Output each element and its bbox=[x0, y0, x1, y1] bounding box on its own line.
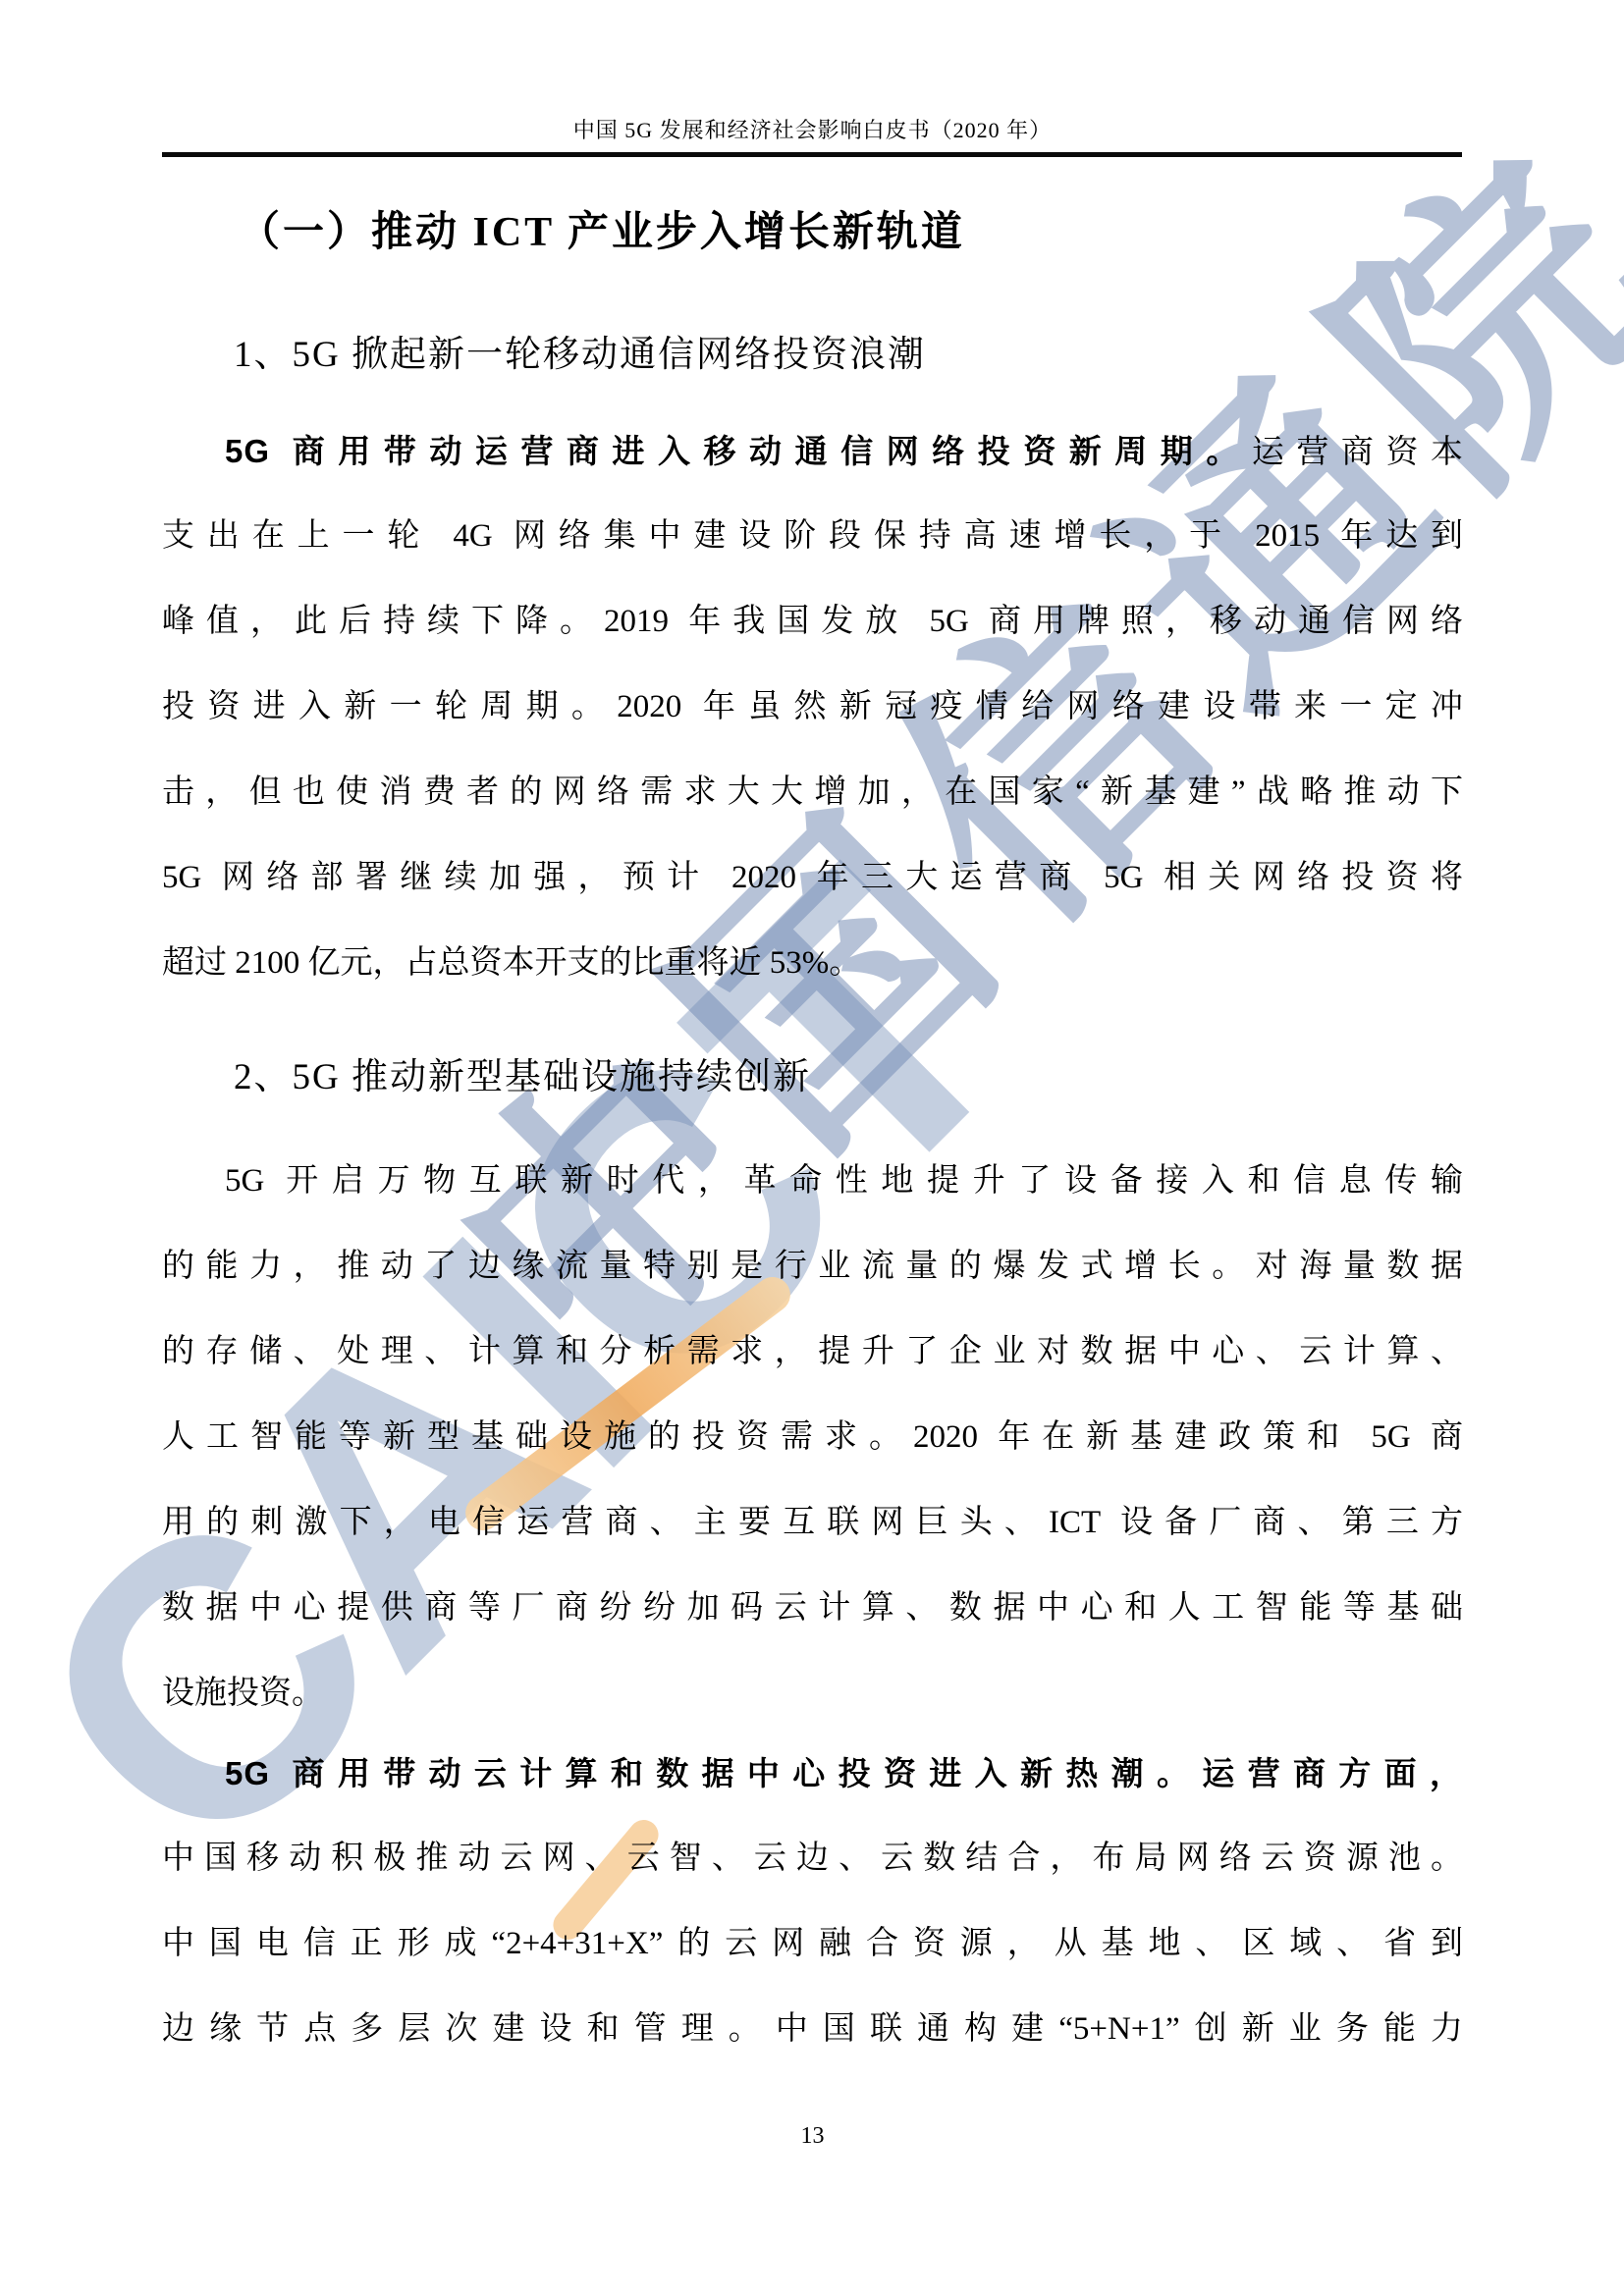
paragraph-line: 中国移动积极推动云网、云智、云边、云数结合，布局网络云资源池。 bbox=[162, 1816, 1463, 1901]
line-text: 运营商资本 bbox=[1252, 435, 1463, 470]
paragraph-line: 5G 开启万物互联新时代，革命性地提升了设备接入和信息传输 bbox=[162, 1139, 1463, 1224]
paragraph-2: 5G 开启万物互联新时代，革命性地提升了设备接入和信息传输 的能力，推动了边缘流… bbox=[162, 1139, 1463, 1736]
paragraph-line: 击，但也使消费者的网络需求大大增加，在国家“新基建”战略推动下 bbox=[162, 750, 1463, 835]
paragraph-line: 投资进入新一轮周期。2020 年虽然新冠疫情给网络建设带来一定冲 bbox=[162, 665, 1463, 750]
page-content: 中国 5G 发展和经济社会影响白皮书（2020 年） （一）推动 ICT 产业步… bbox=[0, 0, 1624, 2296]
paragraph-line: 支出在上一轮 4G 网络集中建设阶段保持高速增长，于 2015 年达到 bbox=[162, 494, 1463, 579]
page-number: 13 bbox=[162, 2120, 1463, 2152]
paragraph-line: 设施投资。 bbox=[162, 1651, 1463, 1736]
paragraph-line: 人工智能等新型基础设施的投资需求。2020 年在新基建政策和 5G 商 bbox=[162, 1395, 1463, 1480]
paragraph-line: 超过 2100 亿元，占总资本开支的比重将近 53%。 bbox=[162, 921, 1463, 1006]
paragraph-line: 用的刺激下，电信运营商、主要互联网巨头、ICT 设备厂商、第三方 bbox=[162, 1480, 1463, 1566]
paragraph-line: 峰值，此后持续下降。2019 年我国发放 5G 商用牌照，移动通信网络 bbox=[162, 579, 1463, 665]
paragraph-line: 边缘节点多层次建设和管理。中国联通构建“5+N+1”创新业务能力 bbox=[162, 1987, 1463, 2072]
subsection-heading-2: 2、5G 推动新型基础设施持续创新 bbox=[234, 1056, 1463, 1099]
paragraph-line: 的能力，推动了边缘流量特别是行业流量的爆发式增长。对海量数据 bbox=[162, 1224, 1463, 1309]
header-rule bbox=[162, 152, 1462, 157]
paragraph-line: 5G 网络部署继续加强，预计 2020 年三大运营商 5G 相关网络投资将 bbox=[162, 835, 1463, 921]
bold-lead-in: 5G 商用带动云计算和数据中心投资进入新热潮。运营商方面， bbox=[225, 1755, 1463, 1791]
paragraph-3: 5G 商用带动云计算和数据中心投资进入新热潮。运营商方面， 中国移动积极推动云网… bbox=[162, 1731, 1463, 2072]
section-heading: （一）推动 ICT 产业步入增长新轨道 bbox=[239, 208, 1463, 257]
document-page: 中国信通院 CAICT 中国 5G 发展和经济社会影响白皮书（2020 年） （… bbox=[0, 0, 1624, 2296]
paragraph-line: 中国电信正形成“2+4+31+X”的云网融合资源，从基地、区域、省到 bbox=[162, 1901, 1463, 1987]
header-title: 中国 5G 发展和经济社会影响白皮书（2020 年） bbox=[162, 116, 1463, 145]
paragraph-line: 数据中心提供商等厂商纷纷加码云计算、数据中心和人工智能等基础 bbox=[162, 1566, 1463, 1651]
paragraph-line: 的存储、处理、计算和分析需求，提升了企业对数据中心、云计算、 bbox=[162, 1309, 1463, 1395]
paragraph-line: 5G 商用带动云计算和数据中心投资进入新热潮。运营商方面， bbox=[162, 1731, 1463, 1816]
paragraph-1: 5G 商用带动运营商进入移动通信网络投资新周期。运营商资本 支出在上一轮 4G … bbox=[162, 408, 1463, 1006]
bold-lead-in: 5G 商用带动运营商进入移动通信网络投资新周期。 bbox=[225, 433, 1252, 469]
subsection-heading-1: 1、5G 掀起新一轮移动通信网络投资浪潮 bbox=[234, 334, 1463, 377]
paragraph-line: 5G 商用带动运营商进入移动通信网络投资新周期。运营商资本 bbox=[162, 408, 1463, 494]
